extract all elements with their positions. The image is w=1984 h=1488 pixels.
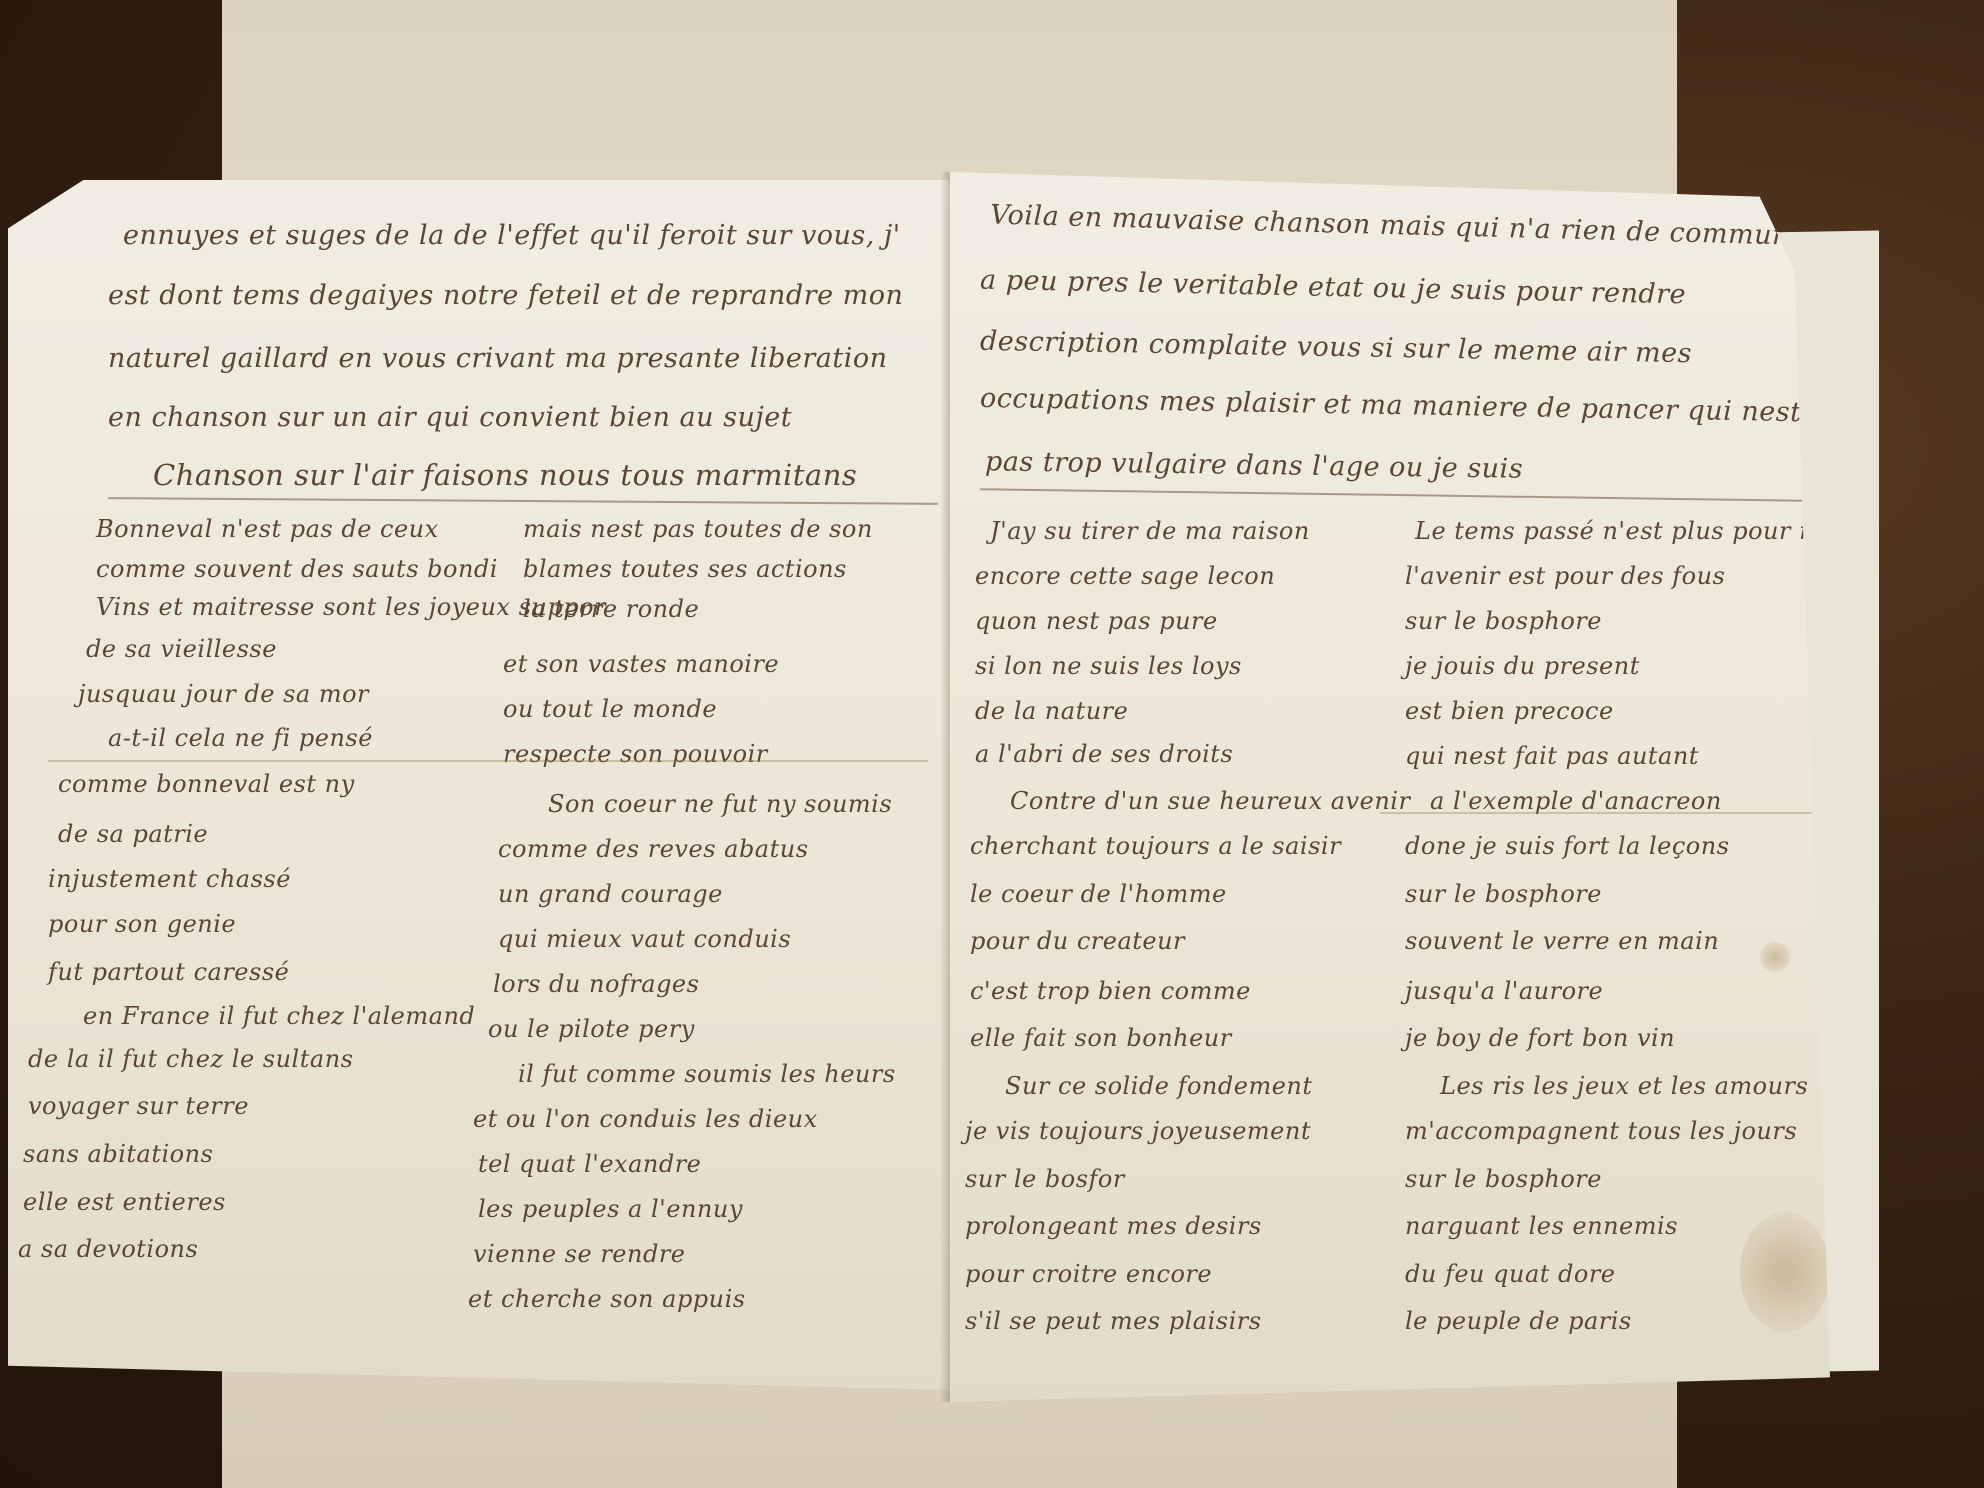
verse-line: prolongeant mes desirs [965,1212,1262,1240]
verse-line: l'avenir est pour des fous [1405,562,1725,590]
verse-line: et ou l'on conduis les dieux [473,1105,818,1133]
verse-line: Les ris les jeux et les amours [1440,1072,1808,1100]
verse-line: jusqu'a l'aurore [1405,977,1603,1005]
verse-line: je jouis du present [1405,652,1640,680]
prose-line: a peu pres le veritable etat ou je suis … [980,265,1687,311]
verse-line: la terre ronde [523,595,699,623]
prose-line: Voila en mauvaise chanson mais qui n'a r… [990,200,1791,252]
verse-line: injustement chassé [48,865,291,893]
verse-line: respecte son pouvoir [503,740,768,768]
verse-line: quon nest pas pure [975,607,1218,635]
verse-line: de la il fut chez le sultans [28,1045,353,1073]
verse-line: a-t-il cela ne fi pensé [108,724,373,752]
prose-line: en chanson sur un air qui convient bien … [108,402,792,433]
paper-fold-crease [48,760,928,762]
verse-line: a l'abri de ses droits [975,740,1233,768]
verse-line: a sa devotions [18,1235,198,1263]
verse-line: sans abitations [23,1140,213,1168]
verse-line: done je suis fort la leçons [1405,832,1730,860]
verse-line: lors du nofrages [493,970,699,998]
verse-line: pour son genie [48,910,236,938]
verse-line: un grand courage [498,880,723,908]
verse-line: si lon ne suis les loys [975,652,1242,680]
prose-line: pas trop vulgaire dans l'age ou je suis [985,446,1523,485]
verse-line: de la nature [975,697,1128,725]
prose-line: naturel gaillard en vous crivant ma pres… [108,343,887,374]
verse-line: qui nest fait pas autant [1405,742,1699,770]
verse-line: elle est entieres [23,1188,226,1216]
verse-line: cherchant toujours a le saisir [970,832,1341,860]
verse-line: m'accompagnent tous les jours [1405,1117,1797,1145]
verse-line: le peuple de paris [1405,1307,1632,1335]
verse-line: encore cette sage lecon [975,562,1275,590]
ink-spot [1760,942,1790,972]
verse-line: ou le pilote pery [488,1015,695,1043]
verse-line: blames toutes ses actions [523,555,847,583]
prose-line: description complaite vous si sur le mem… [980,326,1693,369]
open-manuscript: ennuyes et suges de la de l'effet qu'il … [8,172,1878,1402]
verse-line: narguant les ennemis [1405,1212,1678,1240]
verse-line: il fut comme soumis les heurs [518,1060,896,1088]
verse-line: en France il fut chez l'alemand [83,1002,475,1030]
verse-line: je boy de fort bon vin [1405,1024,1675,1052]
verse-line: et cherche son appuis [468,1285,746,1313]
verse-line: Son coeur ne fut ny soumis [548,790,892,818]
section-underline [980,488,1810,502]
verse-line: Bonneval n'est pas de ceux [96,515,439,543]
verse-line: sur le bosphore [1405,1165,1602,1193]
verse-line: Le tems passé n'est plus pour nous [1415,517,1830,545]
verse-line: s'il se peut mes plaisirs [965,1307,1262,1335]
verse-line: voyager sur terre [28,1092,249,1120]
verse-line: comme souvent des sauts bondi [96,555,498,583]
song-title: Chanson sur l'air faisons nous tous marm… [153,458,857,492]
verse-line: de sa vieillesse [86,635,277,663]
prose-line: ennuyes et suges de la de l'effet qu'il … [123,220,901,251]
verse-line: est bien precoce [1405,697,1614,725]
prose-line: occupations mes plaisir et ma maniere de… [980,383,1802,428]
verse-line: pour du createur [970,927,1185,955]
verse-line: sur le bosphore [1405,607,1602,635]
verse-line: je vis toujours joyeusement [965,1117,1311,1145]
title-underline [108,497,938,505]
verse-line: le coeur de l'homme [970,880,1227,908]
verse-line: de sa patrie [58,820,208,848]
verse-line: fut partout caressé [48,958,289,986]
verse-line: sur le bosphore [1405,880,1602,908]
left-page: ennuyes et suges de la de l'effet qu'il … [8,180,950,1390]
verse-line: vienne se rendre [473,1240,686,1268]
verse-line: J'ay su tirer de ma raison [990,517,1310,545]
verse-line: du feu quat dore [1405,1260,1616,1288]
verse-line: comme des reves abatus [498,835,809,863]
right-page: Voila en mauvaise chanson mais qui n'a r… [950,172,1830,1402]
verse-line: ou tout le monde [503,695,717,723]
verse-line: c'est trop bien comme [970,977,1251,1005]
verse-line: Sur ce solide fondement [1005,1072,1313,1100]
verse-line: comme bonneval est ny [58,770,355,798]
verse-line: souvent le verre en main [1405,927,1719,955]
verse-line: sur le bosfor [965,1165,1125,1193]
verse-line: qui mieux vaut conduis [498,925,791,953]
verse-line: jusquau jour de sa mor [78,680,369,708]
verse-line: Contre d'un sue heureux avenir [1010,787,1410,815]
verse-line: et son vastes manoire [503,650,779,678]
verse-line: a l'exemple d'anacreon [1430,787,1722,815]
verse-line: tel quat l'exandre [478,1150,701,1178]
verse-line: elle fait son bonheur [970,1024,1232,1052]
verse-line: pour croitre encore [965,1260,1212,1288]
verse-line: mais nest pas toutes de son [523,515,873,543]
water-stain [1740,1212,1830,1332]
paper-fold-crease [1380,812,1820,814]
verse-line: les peuples a l'ennuy [478,1195,743,1223]
prose-line: est dont tems degaiyes notre feteil et d… [108,280,903,311]
